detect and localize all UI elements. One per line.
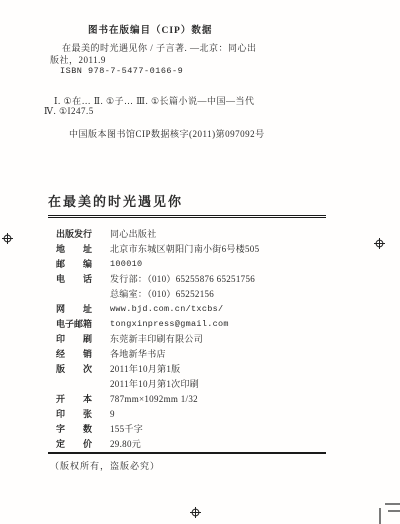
row-value: 总编室：（010）65252156: [110, 287, 214, 302]
row-label: 开 本: [56, 392, 102, 407]
table-row: 字 数 155千字: [56, 422, 356, 437]
crop-mark-icon: [372, 498, 400, 524]
table-row: 版 次 2011年10月第1版: [56, 362, 356, 377]
registration-mark-icon: [190, 507, 201, 518]
cip-entry-line2: 版社，2011.9: [50, 53, 106, 66]
row-value: 29.80元: [110, 437, 141, 452]
row-value: 2011年10月第1版: [110, 362, 180, 377]
table-row: 印 张 9: [56, 407, 356, 422]
row-label: 版 次: [56, 362, 102, 377]
colophon-table: 出版发行 同心出版社 地 址 北京市东城区朝阳门南小街6号楼505 邮 编 10…: [56, 227, 356, 452]
row-value: 各地新华书店: [110, 347, 166, 362]
row-label: [56, 287, 102, 302]
table-row-continuation: 2011年10月第1次印刷: [56, 377, 356, 392]
row-label: 字 数: [56, 422, 102, 437]
table-row: 印 刷 东莞新丰印刷有限公司: [56, 332, 356, 347]
row-value: 9: [110, 407, 115, 422]
row-value: 100010: [110, 257, 142, 272]
row-value: 发行部：（010）65255876 65251756: [110, 272, 255, 287]
table-row: 网 址 www.bjd.com.cn/txcbs/: [56, 302, 356, 317]
table-row: 开 本 787mm×1092mm 1/32: [56, 392, 356, 407]
table-row: 经 销 各地新华书店: [56, 347, 356, 362]
copyright-note: （版权所有，盗版必究）: [50, 459, 160, 472]
registration-mark-icon: [374, 238, 385, 249]
row-label: [56, 377, 102, 392]
isbn-number: ISBN 978-7-5477-0166-9: [60, 66, 183, 76]
table-row: 出版发行 同心出版社: [56, 227, 356, 242]
row-value: 北京市东城区朝阳门南小街6号楼505: [110, 242, 259, 257]
row-value: 787mm×1092mm 1/32: [110, 392, 198, 407]
row-label: 网 址: [56, 302, 102, 317]
table-row: 电子邮箱 tongxinpress@gmail.com: [56, 317, 356, 332]
table-row: 电 话 发行部：（010）65255876 65251756: [56, 272, 356, 287]
row-label: 印 刷: [56, 332, 102, 347]
row-label: 电子邮箱: [56, 317, 102, 332]
row-label: 地 址: [56, 242, 102, 257]
row-label: 印 张: [56, 407, 102, 422]
book-copyright-page: 图书在版编目（CIP）数据 在最美的时光遇见你 / 子言著. —北京：同心出 版…: [0, 0, 400, 524]
title-divider: [48, 215, 326, 218]
cip-heading: 图书在版编目（CIP）数据: [88, 22, 212, 36]
row-label: 定 价: [56, 437, 102, 452]
website-url: www.bjd.com.cn/txcbs/: [110, 302, 223, 317]
footer-divider: [48, 452, 326, 454]
registration-mark-icon: [2, 233, 13, 244]
row-value: 东莞新丰印刷有限公司: [110, 332, 203, 347]
table-row-continuation: 总编室：（010）65252156: [56, 287, 356, 302]
row-label: 电 话: [56, 272, 102, 287]
table-row: 定 价 29.80元: [56, 437, 356, 452]
table-row: 地 址 北京市东城区朝阳门南小街6号楼505: [56, 242, 356, 257]
cip-classification-line2: Ⅳ. ①I247.5: [44, 106, 94, 117]
row-value: 2011年10月第1次印刷: [110, 377, 199, 392]
email-address: tongxinpress@gmail.com: [110, 317, 229, 332]
row-value: 同心出版社: [110, 227, 157, 242]
cip-record-number: 中国版本图书馆CIP数据核字(2011)第097092号: [69, 127, 265, 140]
page-title: 在最美的时光遇见你: [48, 191, 183, 210]
row-value: 155千字: [110, 422, 143, 437]
row-label: 邮 编: [56, 257, 102, 272]
row-label: 经 销: [56, 347, 102, 362]
row-label: 出版发行: [56, 227, 102, 242]
table-row: 邮 编 100010: [56, 257, 356, 272]
